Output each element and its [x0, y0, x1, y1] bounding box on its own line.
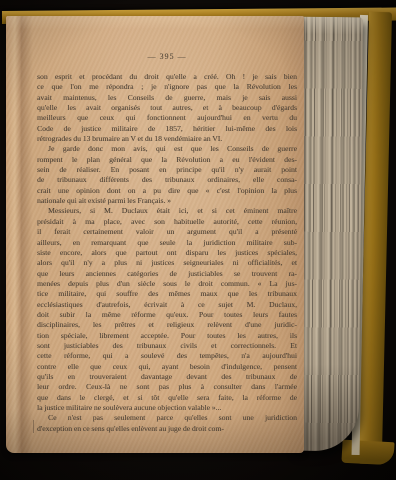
text-line: Je garde donc mon avis, qui est que les … [37, 144, 297, 154]
text-line: ecclésiastiques d'autrefois, écrivait à … [37, 300, 297, 310]
text-line: doit subir la même réforme qu'eux. Pour … [37, 310, 297, 320]
text-line: rétrogrades du 13 brumaire an V et du 18… [37, 134, 297, 144]
text-line: il ferait certainement valoir un argumen… [37, 227, 297, 237]
margin-mark [33, 420, 34, 433]
text-line: tice militaire, qui souffre des mêmes ma… [37, 289, 297, 299]
text-line: sont justiciables des tribunaux civils e… [37, 341, 297, 351]
text-line: cette réforme, qui a soulevé des tempête… [37, 351, 297, 361]
text-line: leur ordre. Ceux-là ne sont pas plus à c… [37, 382, 297, 392]
text-line: sein de réaliser. En posant en principe … [37, 165, 297, 175]
book-photo: — 395 — son esprit et procédant du droit… [0, 0, 396, 480]
page-number: — 395 — [37, 52, 297, 62]
text-line: rompent le plan général que la Révolutio… [37, 155, 297, 165]
text-line: de tribunaux différents des tribunaux or… [37, 175, 297, 185]
text-line: alors qu'il n'y a plus ni justices seign… [37, 258, 297, 268]
text-line: la justice militaire ne soulèvera aucune… [37, 403, 297, 413]
text-line: nationale qui ait existé parmi les Franç… [37, 196, 297, 206]
text-line: d'exception en ce sens qu'elles enlèvent… [37, 424, 297, 434]
text-line: ce que l'on me répondra ; je n'ignore pa… [37, 82, 297, 92]
text-line: siste encore, alors que partout ont disp… [37, 248, 297, 258]
page-text: son esprit et procédant du droit qu'elle… [37, 72, 297, 434]
text-line: contre elle que ceux qui, ayant besoin d… [37, 362, 297, 372]
text-line: Code de justice militaire de 1857, hérit… [37, 124, 297, 134]
text-line: avait maintenus, les Conseils de guerre,… [37, 93, 297, 103]
text-line: qu'elle les avait organisés tout autres,… [37, 103, 297, 113]
text-line: son esprit et procédant du droit qu'elle… [37, 72, 297, 82]
text-line: disciplinaires, les prêtres et religieux… [37, 320, 297, 330]
text-line: meilleurs que ceux qui fonctionnent aujo… [37, 113, 297, 123]
text-line: crait une opinion dont on a pu dire que … [37, 186, 297, 196]
text-line: menées depuis plus d'un siècle sous le d… [37, 279, 297, 289]
text-line: présidait à ma place, avec son habituell… [37, 217, 297, 227]
text-line: qu'ils en trouveraient davantage devant … [37, 372, 297, 382]
text-line: que dans le clergé, et si tôt qu'elle se… [37, 393, 297, 403]
text-line: tion spéciale, librement acceptée. Pour … [37, 331, 297, 341]
page-text-block: — 395 — son esprit et procédant du droit… [37, 52, 297, 434]
text-line: que leurs anciennes catégories de justic… [37, 269, 297, 279]
text-line: Messieurs, si M. Duclaux était ici, et s… [37, 206, 297, 216]
book-cover-bottom-corner [341, 440, 394, 466]
text-line: Ce n'est pas seulement parce qu'elles so… [37, 413, 297, 423]
text-line: ailleurs, en remarquant que seule la jur… [37, 238, 297, 248]
